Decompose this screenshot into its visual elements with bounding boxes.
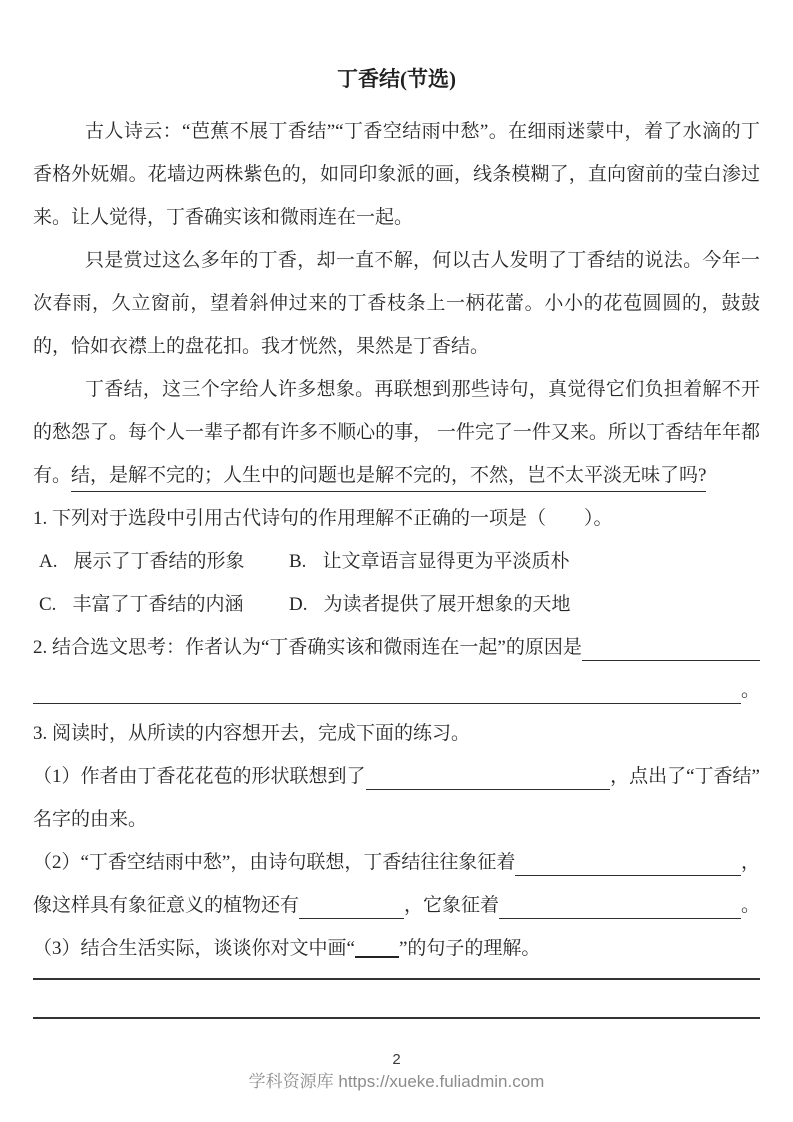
question-1-text: 1. 下列对于选段中引用古代诗句的作用理解不正确的一项是（ ）。 bbox=[33, 497, 760, 540]
passage-paragraph-2: 只是赏过这么多年的丁香，却一直不解，何以古人发明了丁香结的说法。今年一次春雨，久… bbox=[33, 239, 760, 368]
question-3-sub2-line1: （2）“丁香空结雨中愁”，由诗句联想，丁香结往往象征着 ， bbox=[33, 841, 760, 884]
question-3-sub2-line2-text1: 像这样具有象征意义的植物还有 bbox=[33, 884, 299, 927]
question-2-line: 2. 结合选文思考：作者认为“丁香确实该和微雨连在一起”的原因是 bbox=[33, 626, 760, 669]
option-A: A.展示了丁香结的形象 bbox=[39, 540, 289, 583]
question-3-sub2-comma: ， bbox=[741, 841, 760, 884]
page-title: 丁香结(节选) bbox=[33, 62, 760, 96]
question-2-text: 2. 结合选文思考：作者认为“丁香确实该和微雨连在一起”的原因是 bbox=[33, 626, 582, 669]
footer-site-link[interactable]: 学科资源库 https://xueke.fuliadmin.com bbox=[0, 1070, 793, 1094]
question-1-options-row-1: A.展示了丁香结的形象 B.让文章语言显得更为平淡质朴 bbox=[33, 540, 760, 583]
question-2-trailing-period: 。 bbox=[741, 669, 760, 712]
option-D-text: 为读者提供了展开想象的天地 bbox=[323, 594, 570, 615]
option-A-text: 展示了丁香结的形象 bbox=[73, 551, 244, 572]
question-3-sub1-line1: （1）作者由丁香花花苞的形状联想到了 ，点出了“丁香结” bbox=[33, 755, 760, 798]
question-3-sub2-line2: 像这样具有象征意义的植物还有 ，它象征着 。 bbox=[33, 884, 760, 927]
option-B-label: B. bbox=[289, 551, 306, 572]
answer-writing-line-2 bbox=[33, 980, 760, 1019]
question-3-sub3-text-after-blank: ”的句子的理解。 bbox=[399, 938, 540, 959]
question-3-sub1-text: （1）作者由丁香花花苞的形状联想到了 bbox=[33, 755, 366, 798]
option-C-label: C. bbox=[39, 594, 56, 615]
option-B: B.让文章语言显得更为平淡质朴 bbox=[289, 540, 760, 583]
answer-blank-3-1 bbox=[366, 789, 611, 790]
answer-blank-3-2a bbox=[515, 875, 741, 876]
question-3-sub1-text-after-blank: ，点出了“丁香结” bbox=[610, 755, 760, 798]
option-A-label: A. bbox=[39, 551, 57, 572]
question-2-continuation-line: 。 bbox=[33, 669, 760, 712]
answer-blank-3-2b bbox=[299, 918, 404, 919]
question-3-sub1-line2: 名字的由来。 bbox=[33, 798, 760, 841]
option-C-text: 丰富了丁香结的内涵 bbox=[72, 594, 243, 615]
underline-mark-blank bbox=[355, 954, 399, 958]
option-B-text: 让文章语言显得更为平淡质朴 bbox=[322, 551, 569, 572]
option-D-label: D. bbox=[289, 594, 307, 615]
question-3-text: 3. 阅读时，从所读的内容想开去，完成下面的练习。 bbox=[33, 712, 760, 755]
answer-blank-q2 bbox=[582, 660, 760, 661]
question-3-sub2-line2-period: 。 bbox=[741, 884, 760, 927]
option-D: D.为读者提供了展开想象的天地 bbox=[289, 583, 760, 626]
question-3-sub3-text: （3）结合生活实际，谈谈你对文中画“ bbox=[33, 938, 355, 959]
passage-paragraph-1: 古人诗云：“芭蕉不展丁香结”“丁香空结雨中愁”。在细雨迷蒙中，着了水滴的丁香格外… bbox=[33, 110, 760, 239]
question-3-sub3-line: （3）结合生活实际，谈谈你对文中画“”的句子的理解。 bbox=[33, 927, 760, 970]
answer-blank-3-2c bbox=[499, 918, 741, 919]
question-1-options-row-2: C.丰富了丁香结的内涵 D.为读者提供了展开想象的天地 bbox=[33, 583, 760, 626]
question-3-sub2-text: （2）“丁香空结雨中愁”，由诗句联想，丁香结往往象征着 bbox=[33, 841, 515, 884]
page-number: 2 bbox=[0, 1050, 793, 1070]
passage-paragraph-3: 丁香结，这三个字给人许多想象。再联想到那些诗句，真觉得它们负担着解不开的愁怨了。… bbox=[33, 368, 760, 497]
answer-blank-q2-continued bbox=[33, 703, 741, 704]
option-C: C.丰富了丁香结的内涵 bbox=[39, 583, 289, 626]
underlined-sentence: 结，是解不完的；人生中的问题也是解不完的，不然，岂不太平淡无味了吗? bbox=[71, 465, 706, 492]
answer-writing-line-1 bbox=[33, 970, 760, 980]
worksheet-page: 丁香结(节选) 古人诗云：“芭蕉不展丁香结”“丁香空结雨中愁”。在细雨迷蒙中，着… bbox=[0, 0, 793, 1122]
page-footer: 2 学科资源库 https://xueke.fuliadmin.com bbox=[0, 1050, 793, 1094]
question-3-sub2-line2-text2: ，它象征着 bbox=[404, 884, 499, 927]
